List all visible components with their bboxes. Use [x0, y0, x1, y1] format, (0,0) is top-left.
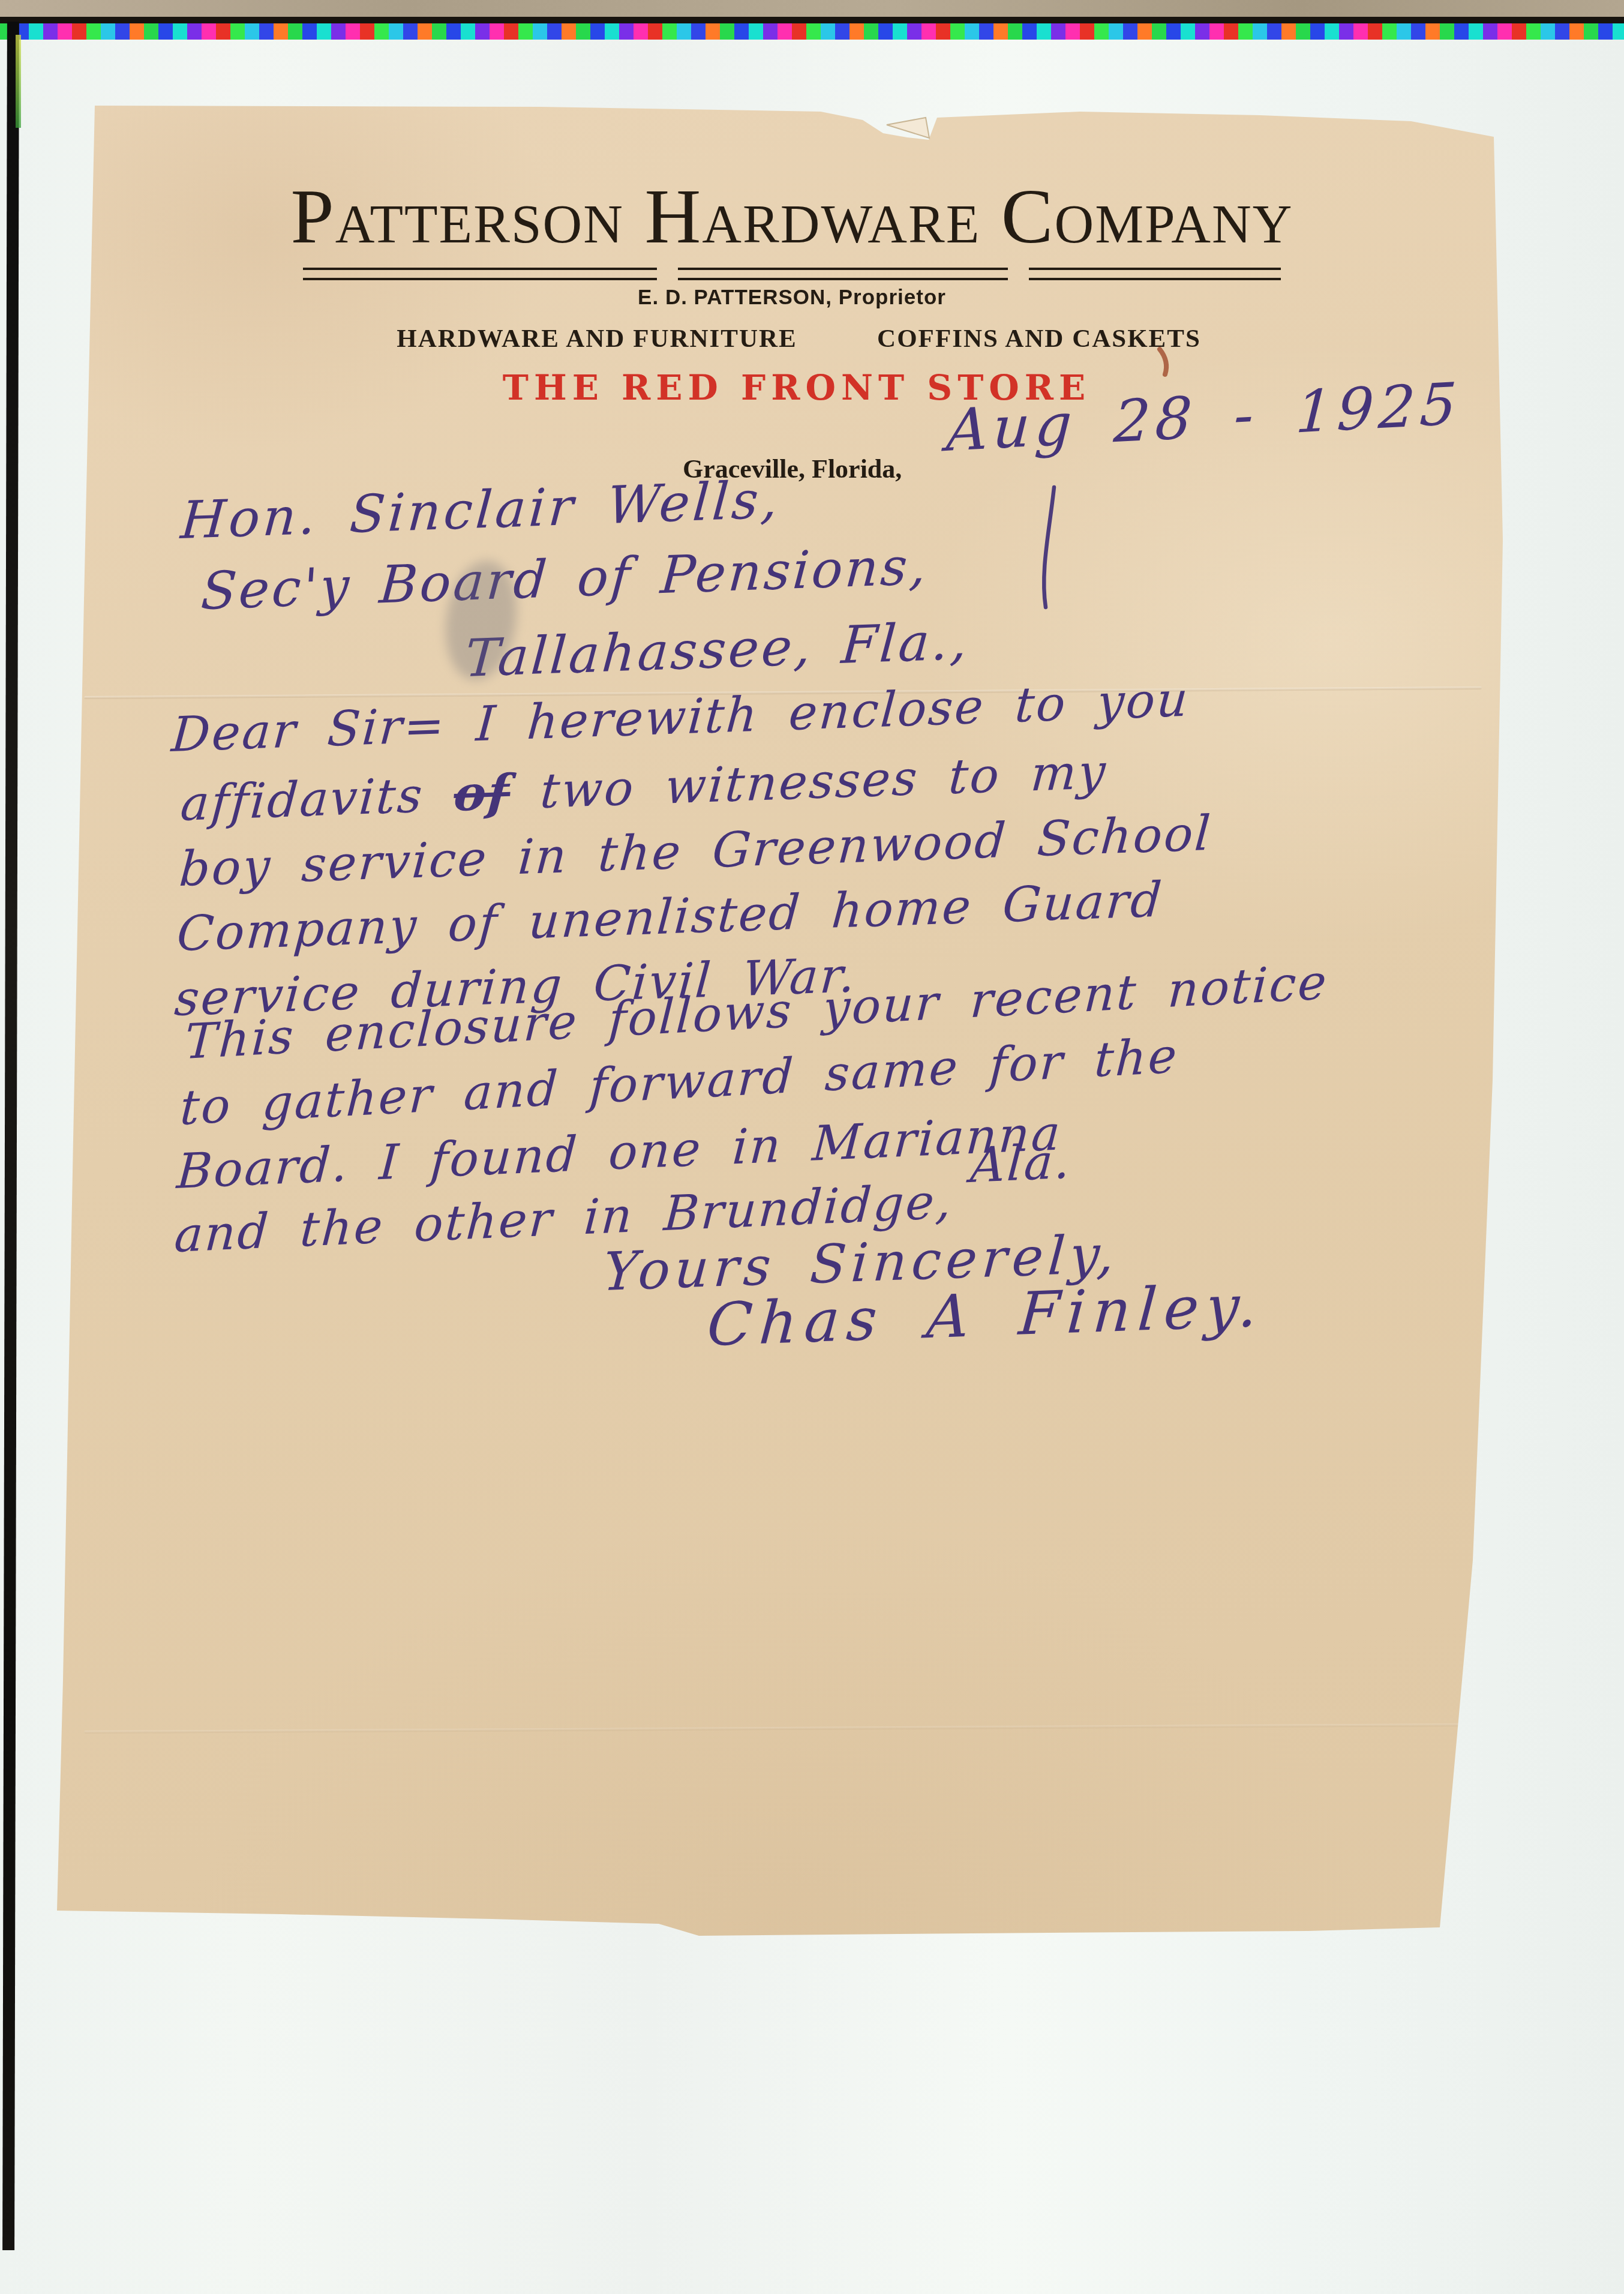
title-underline-left — [303, 268, 657, 280]
title-underline — [303, 268, 1281, 280]
body-line-2-text: affidavits — [179, 767, 426, 832]
recipient-city-line: Tallahassee, Fla., — [463, 611, 971, 689]
tagline-coffins-caskets: COFFINS AND CASKETS — [877, 324, 1201, 353]
proprietor-line: E. D. PATTERSON, Proprietor — [638, 286, 946, 310]
recipient-title-line: Sec'y Board of Pensions, — [199, 536, 930, 622]
title-underline-right — [1029, 268, 1281, 280]
recipient-name-line: Hon. Sinclair Wells, — [179, 470, 783, 551]
film-edge-left-color-sliver — [16, 35, 21, 128]
color-calibration-strip — [0, 23, 1624, 40]
crossed-out-word: of — [452, 764, 512, 823]
scan-page: Patterson Hardware Company E. D. PATTERS… — [0, 0, 1624, 2294]
film-edge-top-strip — [0, 0, 1624, 18]
title-underline-middle — [678, 268, 1008, 280]
company-name: Patterson Hardware Company — [291, 172, 1293, 262]
body-line-2-rest: two witnesses to my — [539, 743, 1109, 819]
tagline-hardware-furniture: HARDWARE AND FURNITURE — [397, 324, 797, 353]
torn-notch-flap — [887, 118, 929, 138]
body-line-9-state: Ala. — [969, 1133, 1073, 1194]
film-edge-left-bar — [2, 22, 19, 2250]
letter-paper: Patterson Hardware Company E. D. PATTERS… — [0, 0, 1624, 2294]
fold-crease-lower — [84, 1723, 1482, 1734]
